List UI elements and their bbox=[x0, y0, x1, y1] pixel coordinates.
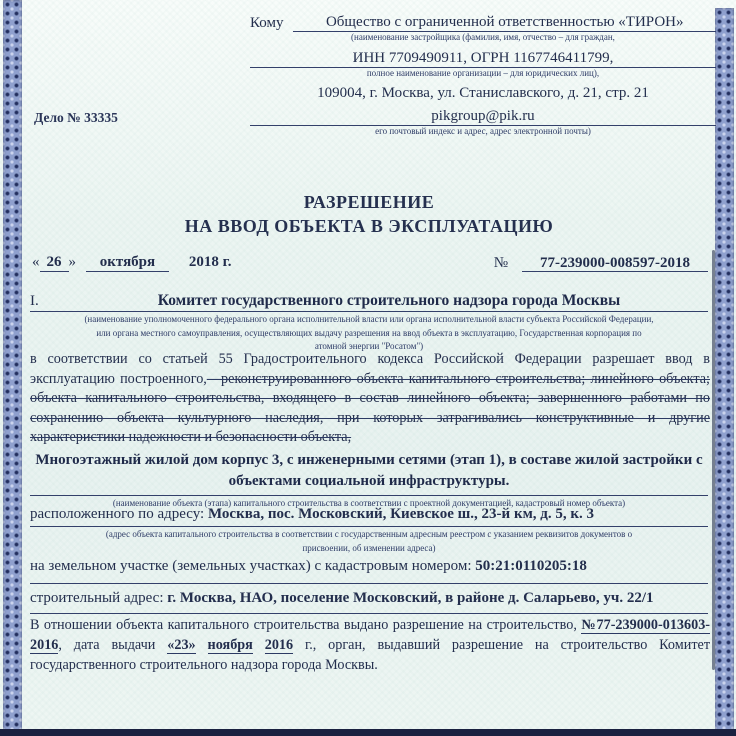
authority-name: Комитет государственного строительного н… bbox=[70, 292, 708, 310]
recipient-caption: (наименование застройщика (фамилия, имя,… bbox=[250, 32, 716, 44]
email-caption: его почтовый индекс и адрес, адрес элект… bbox=[250, 126, 716, 138]
authority-caption-2: или органа местного самоуправления, осущ… bbox=[30, 328, 708, 340]
guilloche-border-right-icon bbox=[715, 8, 734, 736]
authority-caption-1: (наименование уполномоченного федерально… bbox=[30, 314, 708, 326]
scan-edge-shadow bbox=[712, 250, 715, 670]
construction-address-line: строительный адрес: г. Москва, НАО, посе… bbox=[30, 590, 708, 614]
construction-address-label: строительный адрес: bbox=[30, 590, 164, 606]
section-1: I. Комитет государственного строительног… bbox=[30, 292, 708, 353]
section-roman: I. bbox=[30, 293, 70, 310]
title-line-1: РАЗРЕШЕНИЕ bbox=[30, 190, 708, 214]
inn-ogrn: ИНН 7709490911, ОГРН 1167746411799, bbox=[250, 50, 716, 68]
construction-address-value: г. Москва, НАО, поселение Московский, в … bbox=[167, 590, 653, 606]
cadastral-number: 50:21:0110205:18 bbox=[475, 558, 587, 574]
document-title: РАЗРЕШЕНИЕ НА ВВОД ОБЪЕКТА В ЭКСПЛУАТАЦИ… bbox=[30, 190, 708, 238]
issue-date: «26» октября 2018 г. bbox=[32, 254, 232, 272]
location-value: Москва, пос. Московский, Киевское ш., 23… bbox=[208, 506, 594, 522]
developer-address: 109004, г. Москва, ул. Станиславского, д… bbox=[250, 85, 716, 102]
permit-paragraph: В отношении объекта капитального строите… bbox=[30, 616, 710, 675]
permit-issue-month: ноября bbox=[208, 637, 253, 654]
number-sign: № bbox=[494, 255, 508, 271]
case-number: Дело № 33335 bbox=[34, 110, 118, 126]
location-caption-2: присвоении, об изменении адреса) bbox=[30, 543, 708, 555]
permit-issue-year: 2016 bbox=[265, 637, 293, 654]
permit-part-1: В отношении объекта капитального строите… bbox=[30, 617, 577, 633]
location-block: расположенного по адресу: Москва, пос. М… bbox=[30, 506, 708, 554]
permit-document: Дело № 33335 Кому Общество с ограниченно… bbox=[0, 0, 736, 736]
to-label: Кому bbox=[250, 15, 293, 32]
permit-number: 77-239000-008597-2018 bbox=[522, 255, 708, 272]
document-number: №77-239000-008597-2018 bbox=[494, 255, 708, 272]
authority-row: I. Комитет государственного строительног… bbox=[30, 292, 708, 312]
issue-day: 26 bbox=[40, 254, 69, 272]
date-number-row: «26» октября 2018 г. №77-239000-008597-2… bbox=[32, 254, 708, 272]
title-line-2: НА ВВОД ОБЪЕКТА В ЭКСПЛУАТАЦИЮ bbox=[30, 214, 708, 238]
quote-open: « bbox=[32, 254, 40, 271]
location-label: расположенного по адресу: bbox=[30, 506, 204, 522]
land-label: на земельном участке (земельных участках… bbox=[30, 558, 471, 574]
recipient-block: Кому Общество с ограниченной ответственн… bbox=[250, 14, 716, 138]
land-parcel-line: на земельном участке (земельных участках… bbox=[30, 558, 708, 584]
recipient-name: Общество с ограниченной ответственностью… bbox=[293, 14, 716, 32]
permit-issue-day: «23» bbox=[167, 637, 195, 654]
issue-year: 2018 г. bbox=[189, 254, 232, 271]
quote-close: » bbox=[69, 254, 77, 271]
object-block: Многоэтажный жилой дом корпус 3, с инжен… bbox=[30, 450, 708, 510]
guilloche-border-left-icon bbox=[3, 0, 22, 736]
object-name: Многоэтажный жилой дом корпус 3, с инжен… bbox=[30, 450, 708, 496]
location-line: расположенного по адресу: Москва, пос. М… bbox=[30, 506, 708, 527]
intro-paragraph: в соответствии со статьей 55 Градостроит… bbox=[30, 350, 710, 448]
issue-month: октября bbox=[86, 254, 169, 272]
permit-part-2: , дата выдачи bbox=[58, 637, 155, 653]
bottom-dark-bar bbox=[0, 729, 736, 736]
org-caption: полное наименование организации – для юр… bbox=[250, 68, 716, 80]
location-caption-1: (адрес объекта капитального строительств… bbox=[30, 529, 708, 541]
recipient-row: Кому Общество с ограниченной ответственн… bbox=[250, 14, 716, 32]
developer-email: pikgroup@pik.ru bbox=[250, 108, 716, 126]
